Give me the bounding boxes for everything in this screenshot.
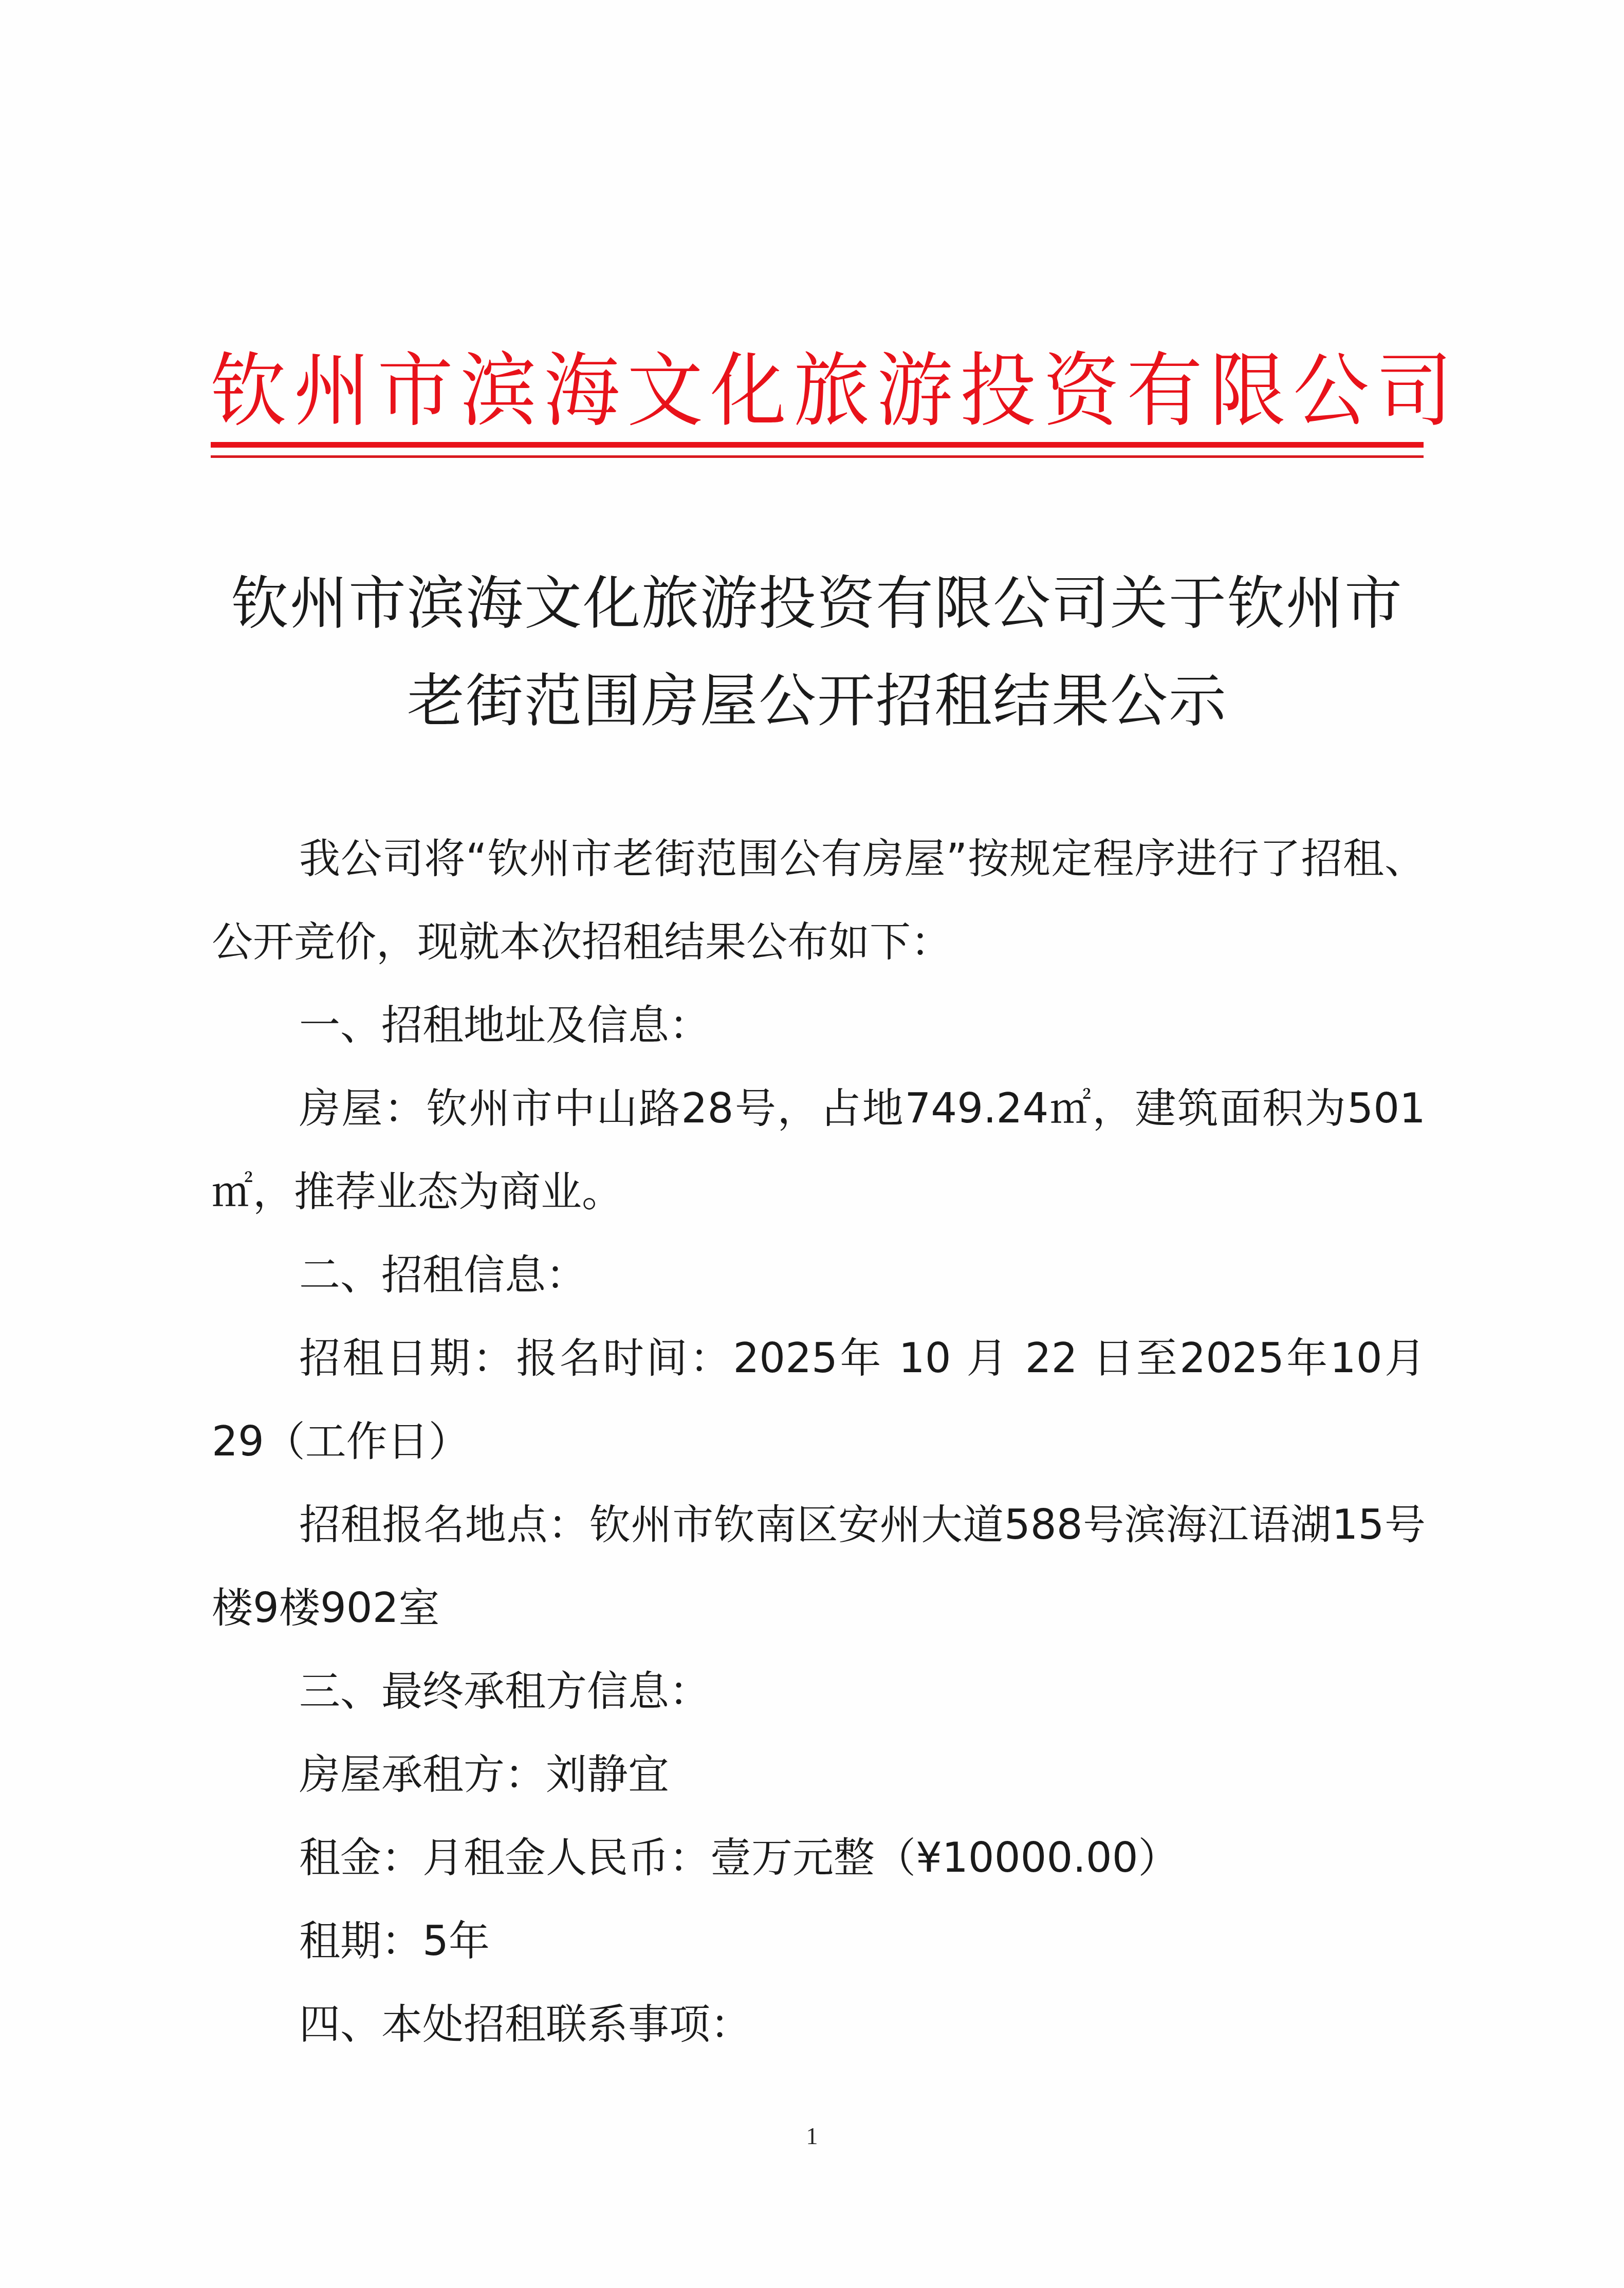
rent-line: 租金：月租金人民币：壹万元整（¥10000.00） <box>212 1816 1426 1899</box>
letterhead: 钦州市滨海文化旅游投资有限公司 <box>211 339 1424 442</box>
letterhead-company-name: 钦州市滨海文化旅游投资有限公司 <box>211 337 1424 445</box>
tenant-line: 房屋承租方：刘静宜 <box>212 1733 1426 1816</box>
page-number: 1 <box>802 2123 822 2150</box>
section-1-heading: 一、招租地址及信息： <box>212 984 1426 1067</box>
document-body: 我公司将“钦州市老街范围公有房屋”按规定程序进行了招租、公开竞价，现就本次招租结… <box>212 817 1426 2066</box>
section-3-heading: 三、最终承租方信息： <box>212 1650 1426 1733</box>
letterhead-rule-thin <box>211 455 1424 458</box>
document-title-line-1: 钦州市滨海文化旅游投资有限公司关于钦州市 <box>200 555 1434 653</box>
document-title: 钦州市滨海文化旅游投资有限公司关于钦州市 老街范围房屋公开招租结果公示 <box>200 555 1434 750</box>
section-4-heading: 四、本处招租联系事项： <box>212 1983 1426 2066</box>
intro-paragraph: 我公司将“钦州市老街范围公有房屋”按规定程序进行了招租、公开竞价，现就本次招租结… <box>212 817 1426 984</box>
tender-date-paragraph: 招租日期：报名时间：2025年 10 月 22 日至2025年10月29（工作日… <box>212 1317 1426 1483</box>
registration-location-paragraph: 招租报名地点：钦州市钦南区安州大道588号滨海江语湖15号楼9楼902室 <box>212 1483 1426 1650</box>
document-page: 钦州市滨海文化旅游投资有限公司 钦州市滨海文化旅游投资有限公司关于钦州市 老街范… <box>0 0 1624 2288</box>
lease-term-line: 租期：5年 <box>212 1899 1426 1983</box>
section-2-heading: 二、招租信息： <box>212 1233 1426 1317</box>
document-title-line-2: 老街范围房屋公开招租结果公示 <box>200 653 1434 750</box>
house-info-paragraph: 房屋：钦州市中山路28号，占地749.24㎡，建筑面积为501㎡，推荐业态为商业… <box>212 1067 1426 1233</box>
letterhead-rule-thick <box>211 442 1424 448</box>
